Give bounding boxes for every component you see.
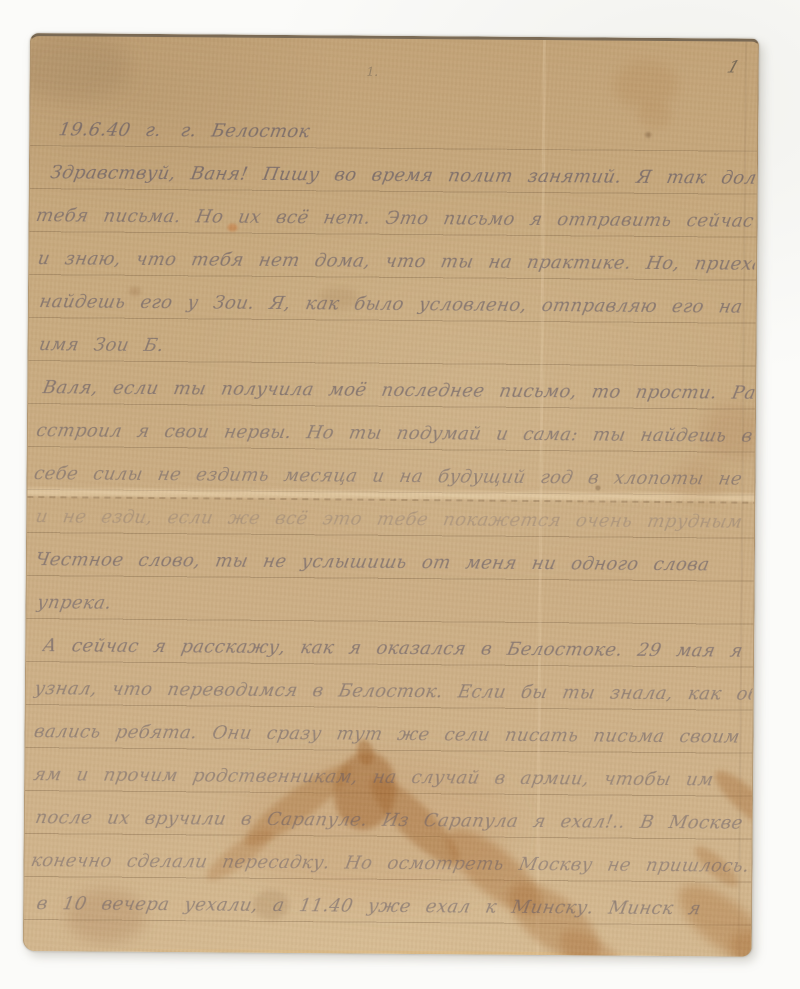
handwriting-row: узнал, что переводимся в Белосток. Если … xyxy=(32,674,755,710)
handwriting-row: и знаю, что тебя нет дома, что ты на пра… xyxy=(35,244,758,280)
handwriting-row: вались ребята. Они сразу тут же сели пис… xyxy=(31,717,754,753)
handwriting-row: и не езди, если же всё это тебе покажетс… xyxy=(33,502,756,538)
handwriting-row: в 10 вечера уехали, а 11.40 уже ехал к М… xyxy=(34,889,753,925)
handwriting-row: Честное слово, ты не услышишь от меня ни… xyxy=(33,545,756,581)
handwritten-text: 19.6.40 г. г. Белосток Здравствуй, Ваня!… xyxy=(24,36,758,957)
handwriting-row: сстроил я свои нервы. Но ты подумай и са… xyxy=(34,416,757,452)
letter-paper-sheet: 1. 1 19.6.40 г. г. Белосток Здравствуй, … xyxy=(23,33,759,957)
handwriting-row: ям и прочим родственникам, на случай в а… xyxy=(31,760,754,796)
handwriting-row: А сейчас я расскажу, как я оказался в Бе… xyxy=(40,631,755,667)
handwriting-row: тебя письма. Но их всё нет. Это письмо я… xyxy=(33,201,758,237)
scanned-letter-photo: 1. 1 19.6.40 г. г. Белосток Здравствуй, … xyxy=(0,0,800,989)
handwriting-row: себе силы не ездить месяца и на будущий … xyxy=(31,459,756,495)
handwriting-row: упрека. xyxy=(34,588,755,624)
handwriting-row: Валя, если ты получила моё последнее пис… xyxy=(40,373,757,409)
handwriting-row: конечно сделали пересадку. Но осмотреть … xyxy=(28,846,753,882)
date-row: 19.6.40 г. г. Белосток xyxy=(56,115,759,150)
letter-date: 19.6.40 г. xyxy=(57,119,163,141)
handwriting-row: найдешь его у Зои. Я, как было условлено… xyxy=(37,287,758,323)
handwriting-row: Здравствуй, Ваня! Пишу во время полит за… xyxy=(48,158,759,193)
letter-place: г. Белосток xyxy=(178,116,312,147)
handwriting-row: имя Зои Б. xyxy=(36,330,757,366)
handwriting-row: после их вручили в Сарапуле. Из Сарапула… xyxy=(33,803,754,839)
